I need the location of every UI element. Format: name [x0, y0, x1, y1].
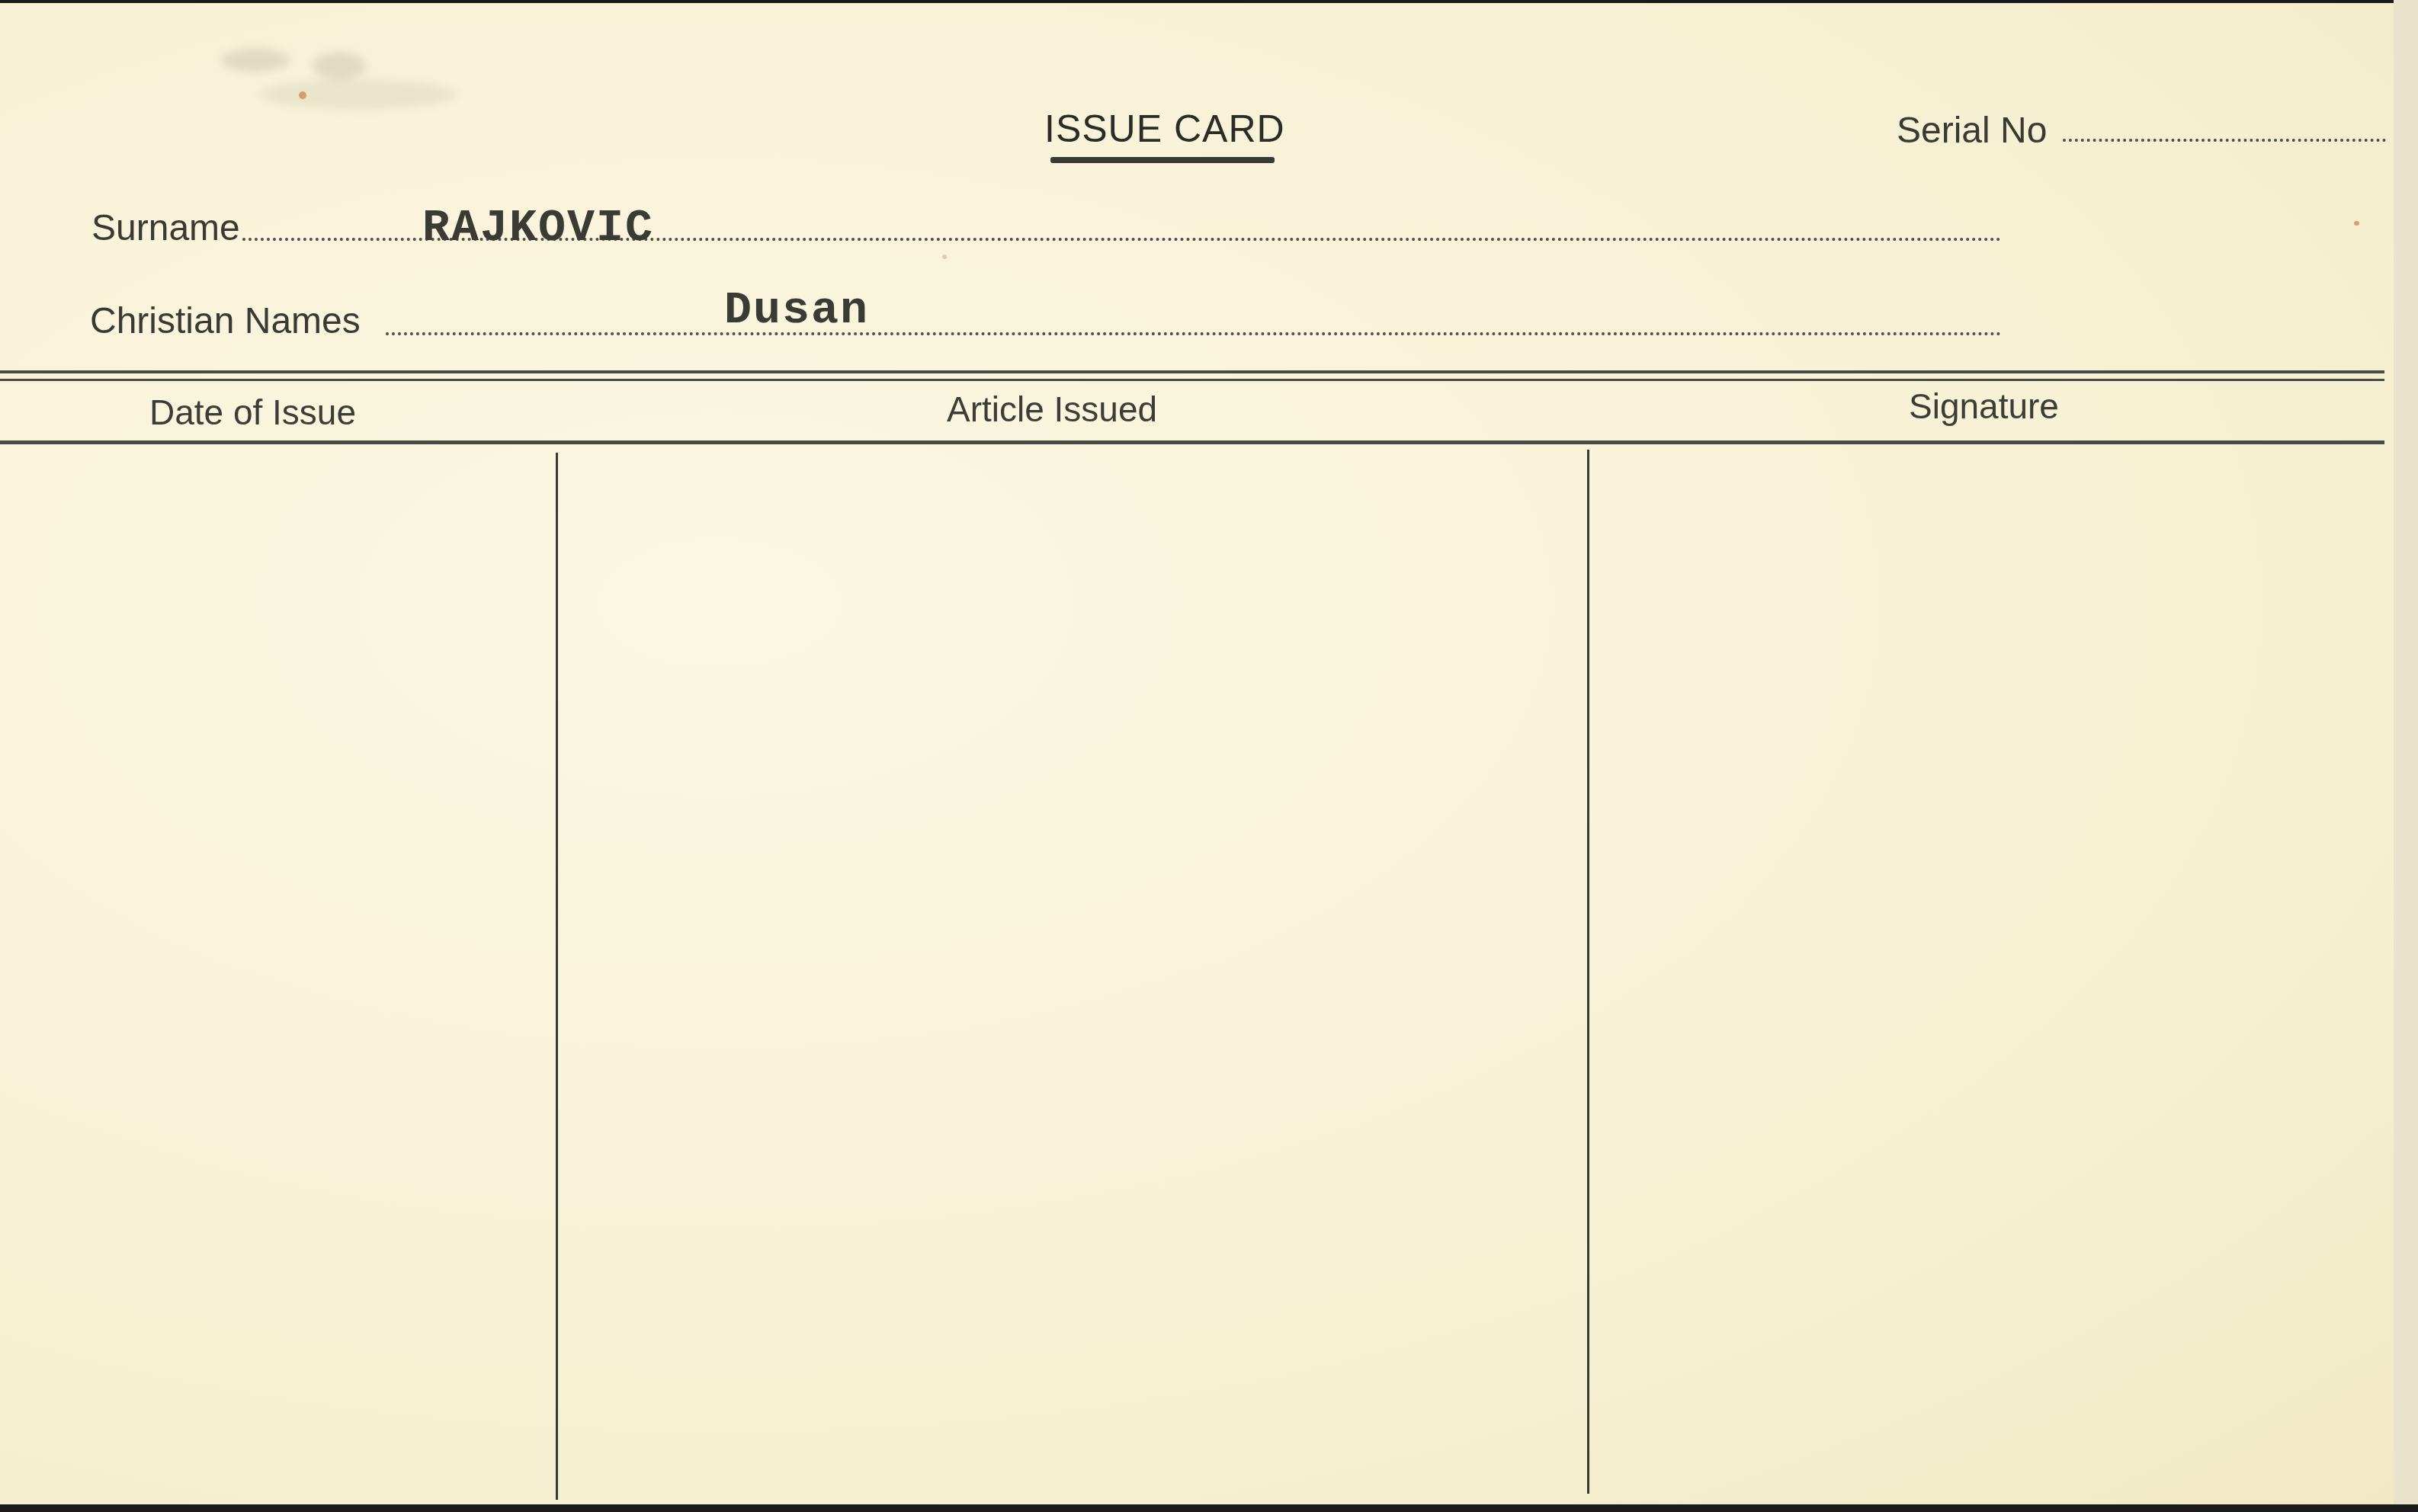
rust-spot	[942, 255, 947, 259]
article-issued-column[interactable]	[559, 447, 1586, 1498]
christian-names-value: Dusan	[724, 285, 869, 337]
column-header-signature: Signature	[1909, 386, 2059, 427]
signature-column[interactable]	[1590, 447, 2383, 1498]
header-double-rule-top	[0, 370, 2384, 373]
rust-spot	[299, 91, 306, 99]
rust-spot	[2354, 221, 2359, 226]
header-bottom-rule	[0, 440, 2384, 444]
stain-mark	[313, 53, 366, 79]
column-header-article-issued: Article Issued	[947, 389, 1157, 430]
serial-no-label: Serial No	[1897, 110, 2047, 152]
serial-no-field[interactable]	[2063, 139, 2386, 142]
header-double-rule-bottom	[0, 379, 2384, 381]
column-divider-1	[556, 453, 558, 1500]
stain-mark	[259, 79, 457, 110]
surname-value: RAJKOVIC	[422, 203, 654, 255]
title-underline	[1050, 157, 1275, 163]
stain-mark	[221, 49, 290, 72]
card-edge-right	[2394, 0, 2418, 1512]
column-divider-2	[1587, 450, 1589, 1494]
christian-names-field[interactable]	[386, 332, 2002, 335]
christian-names-label: Christian Names	[90, 300, 361, 342]
scan-border-bottom	[0, 1504, 2418, 1512]
surname-label: Surname	[91, 207, 240, 249]
column-header-date-of-issue: Date of Issue	[149, 392, 356, 433]
card-title: ISSUE CARD	[1044, 107, 1285, 151]
date-of-issue-column[interactable]	[0, 447, 555, 1498]
issue-card: ISSUE CARD Serial No Surname RAJKOVIC Ch…	[0, 3, 2394, 1504]
